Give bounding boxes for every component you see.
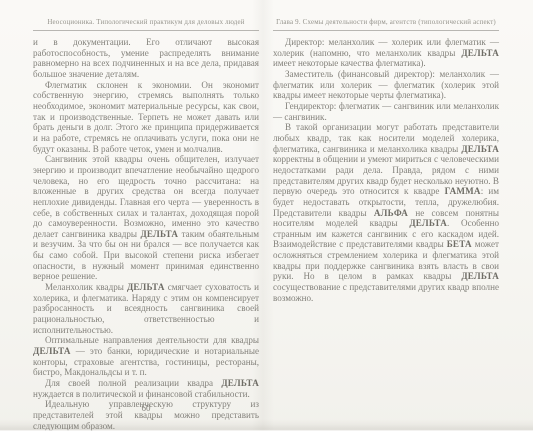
paragraph: Гендиректор: флегматик — сангвиник или м… [273, 101, 499, 122]
paragraph: Директор: меланхолик — холерик или флегм… [273, 37, 499, 69]
page-left-body: и в документации. Его отличают высокая р… [33, 37, 259, 431]
paragraph: Меланхолик квадры ДЕЛЬТА смягчает сухова… [33, 282, 259, 335]
running-head-left: Неосоционика. Типологический практикум д… [33, 18, 259, 31]
paragraph: Заместитель (финансовый директор): мелан… [273, 69, 499, 101]
page-bottom-edge [0, 419, 533, 431]
paragraph: Для своей полной реализации квадра ДЕЛЬТ… [33, 378, 259, 399]
paragraph: Флегматик склонен к экономии. Он экономи… [33, 80, 259, 155]
page-number: 60 [33, 403, 259, 413]
book-spread: Неосоционика. Типологический практикум д… [0, 0, 533, 431]
paragraph: Сангвиник этой квадры очень общителен, и… [33, 154, 259, 282]
page-left: Неосоционика. Типологический практикум д… [33, 18, 259, 431]
page-right: Глава 9. Схемы деятельности фирм, агентс… [273, 18, 499, 303]
paragraph: и в документации. Его отличают высокая р… [33, 37, 259, 80]
running-head-right: Глава 9. Схемы деятельности фирм, агентс… [273, 18, 499, 31]
paragraph: В такой организации могут работать предс… [273, 122, 499, 303]
page-right-body: Директор: меланхолик — холерик или флегм… [273, 37, 499, 303]
paragraph: Оптимальные направления деятельности для… [33, 335, 259, 378]
